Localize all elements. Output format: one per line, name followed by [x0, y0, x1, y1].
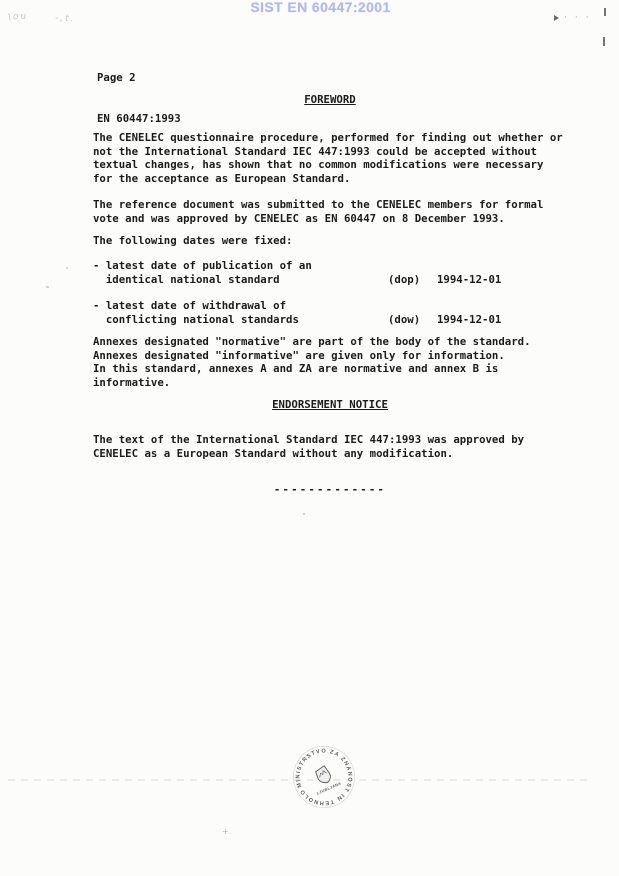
date-item-dop: - latest date of publication of an ident…: [93, 259, 567, 286]
date-value: 1994-12-01: [437, 273, 501, 287]
date-code: (dop): [388, 273, 420, 287]
pencil-mark: \ou: [8, 12, 29, 22]
margin-tick: [603, 37, 605, 46]
standard-number: EN 60447:1993: [97, 112, 181, 126]
foreword-title: FOREWORD: [93, 93, 567, 107]
date-code: (dow): [388, 313, 420, 327]
dates-intro: The following dates were fixed:: [93, 234, 567, 248]
foreword-title-text: FOREWORD: [304, 93, 355, 106]
coat-of-arms-icon: [314, 765, 332, 785]
separator-dashes: -------------: [93, 483, 567, 497]
watermark-text: SIST EN 60447:2001: [0, 0, 619, 15]
margin-tick: [604, 8, 606, 16]
date-item-dow: - latest date of withdrawal of conflicti…: [93, 299, 567, 326]
stamp-center-text: LJUBLJANA: [316, 781, 342, 795]
foreword-paragraph-2: The reference document was submitted to …: [93, 198, 567, 225]
arrow-mark-icon: [554, 15, 559, 21]
date-value: 1994-12-01: [437, 313, 501, 327]
scan-speck: +.: [222, 827, 231, 836]
approval-stamp: MINISTRSTVO ZA ZNANOST IN TEHNOLOGIJO LJ…: [279, 732, 369, 822]
scan-speck: [46, 286, 49, 288]
scan-speck: [66, 267, 68, 269]
endorsement-title: ENDORSEMENT NOTICE: [93, 398, 567, 412]
endorsement-title-text: ENDORSEMENT NOTICE: [272, 398, 388, 411]
dot-marks: ···: [564, 13, 597, 23]
scan-speck: [303, 513, 305, 515]
scanned-document-page: SIST EN 60447:2001 \ou -,t. ··· Page 2 E…: [0, 0, 619, 876]
pencil-mark: -,t.: [55, 14, 76, 24]
foreword-paragraph-1: The CENELEC questionnaire procedure, per…: [93, 131, 567, 185]
page-number: Page 2: [97, 71, 181, 85]
annex-note: Annexes designated "normative" are part …: [93, 335, 567, 389]
endorsement-text: The text of the International Standard I…: [93, 433, 567, 460]
